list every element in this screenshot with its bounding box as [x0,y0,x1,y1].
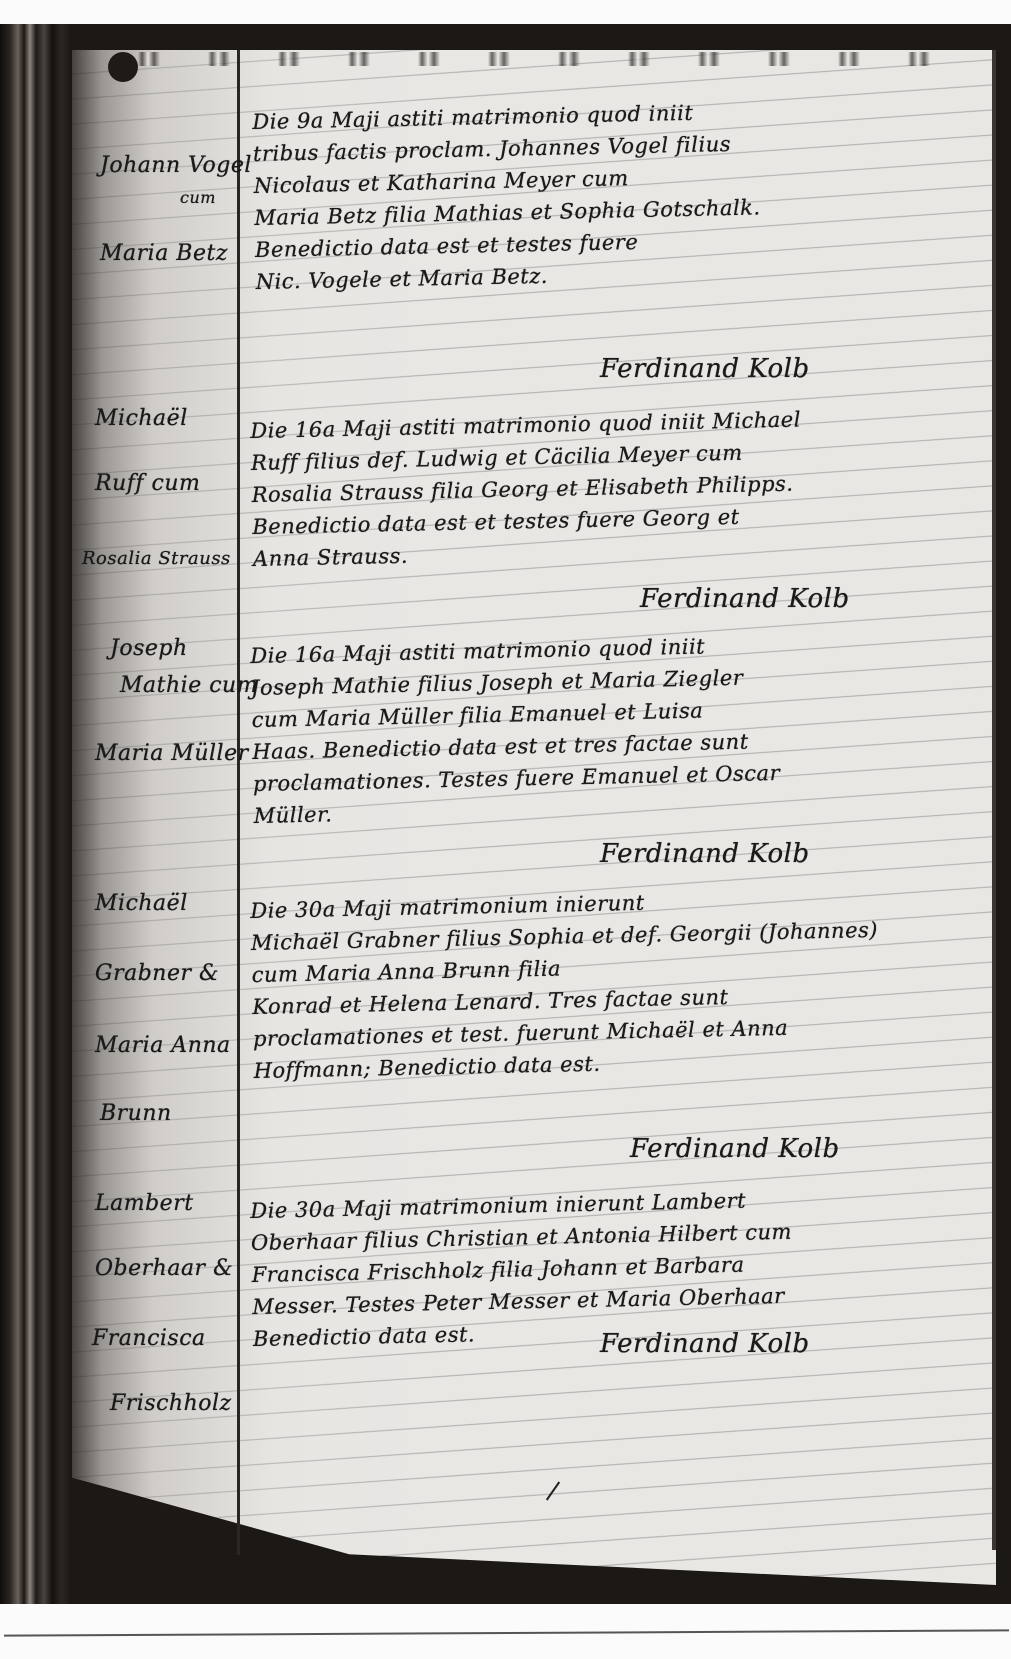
entry-text: Die 9a Maji astiti matrimonio quod iniit… [252,95,762,298]
margin-name: Rosalia Strauss [82,545,231,573]
margin-name: Lambert [95,1190,194,1218]
margin-name: Michaël [95,405,188,433]
signature: Ferdinand Kolb [640,585,850,613]
margin-name: Francisca [92,1325,206,1353]
margin-name: Brunn [100,1100,172,1128]
margin-name: Joseph [110,635,188,663]
signature: Ferdinand Kolb [600,355,810,383]
top-border-ornament [90,52,970,66]
right-page-edge [992,50,996,1550]
page-corner-mark [108,52,138,82]
margin-name: Frischholz [110,1390,232,1418]
margin-name: cum [180,184,216,212]
margin-name: Grabner & [95,960,219,988]
signature: Ferdinand Kolb [600,1330,810,1358]
margin-name: Maria Betz [100,240,228,268]
scan-bottom-edge-line [4,1629,1009,1636]
book-binding [0,24,72,1604]
entry-text: Die 16a Maji astiti matrimonio quod inii… [250,629,781,832]
margin-name: Michaël [95,890,188,918]
margin-name: Oberhaar & [95,1255,233,1283]
entry-text: Die 30a Maji matrimonium inierunt Michaë… [250,882,881,1087]
margin-name: Mathie cum [120,672,258,700]
margin-rule [237,50,240,1555]
margin-name: Ruff cum [95,470,200,498]
margin-name: Maria Müller [95,740,249,768]
signature: Ferdinand Kolb [600,840,810,868]
entry-text: Die 16a Maji astiti matrimonio quod inii… [250,403,804,574]
margin-name: Maria Anna [95,1032,231,1060]
signature: Ferdinand Kolb [630,1135,840,1163]
margin-name: Johann Vogel [100,152,252,180]
